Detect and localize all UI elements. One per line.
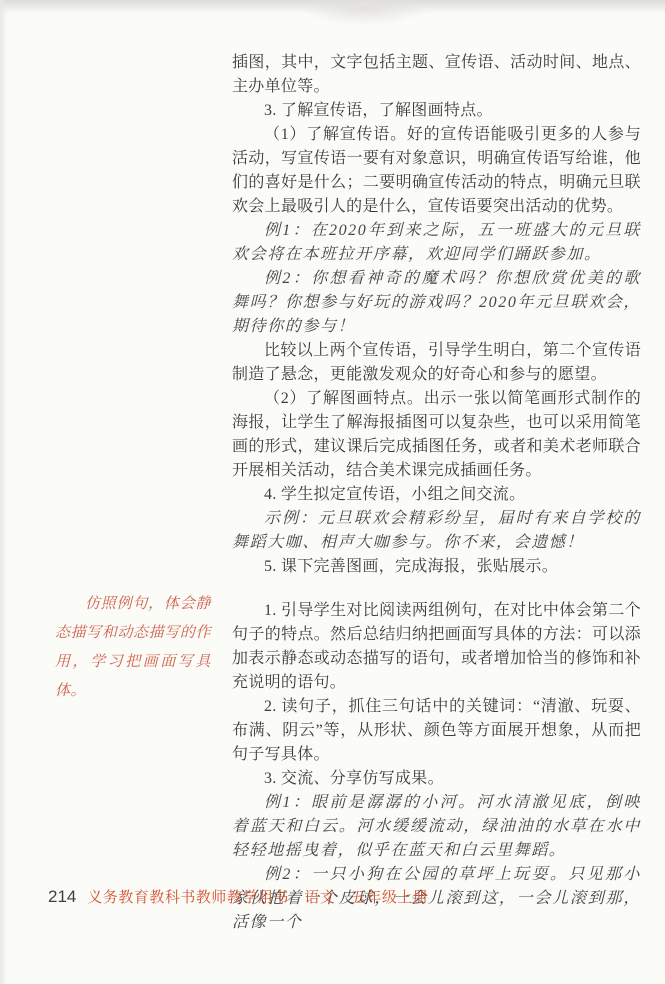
- page-number: 214: [48, 887, 76, 907]
- scan-smudge-artifact: [300, 0, 430, 26]
- body-paragraph: 比较以上两个宣传语，引导学生明白，第二个宣传语制造了悬念，更能激发观众的好奇心和…: [232, 339, 641, 387]
- body-paragraph: 1. 引导学生对比阅读两组例句，在对比中体会第二个句子的特点。然后总结归纳把画面…: [232, 599, 641, 695]
- example-paragraph: 示例：元旦联欢会精彩纷呈，届时有来自学校的舞蹈大咖、相声大咖参与。你不来，会遗憾…: [232, 507, 641, 555]
- margin-note: 仿照例句，体会静态描写和动态描写的作用，学习把画面写具体。: [55, 590, 211, 706]
- scan-shadow-left: [0, 0, 7, 984]
- main-text-column: 插图，其中，文字包括主题、宣传语、活动时间、地点、主办单位等。 3. 了解宣传语…: [232, 51, 641, 935]
- scanned-book-page: { "main": { "paragraphs": [ { "style": "…: [0, 0, 665, 984]
- page-footer: 214 义务教育教科书教师教学用书 语文 五年级上册: [48, 886, 428, 907]
- example-paragraph: 例1：在2020年到来之际，五一班盛大的元旦联欢会将在本班拉开序幕，欢迎同学们踊…: [232, 219, 641, 267]
- body-paragraph: 4. 学生拟定宣传语，小组之间交流。: [232, 483, 641, 507]
- body-paragraph: （2）了解图画特点。出示一张以简笔画形式制作的海报，让学生了解海报插图可以复杂些…: [232, 387, 641, 483]
- body-paragraph: 5. 课下完善图画，完成海报，张贴展示。: [232, 555, 641, 579]
- example-paragraph: 例2：你想看神奇的魔术吗？你想欣赏优美的歌舞吗？你想参与好玩的游戏吗？2020年…: [232, 267, 641, 339]
- body-paragraph: 2. 读句子，抓住三句话中的关键词：“清澈、玩耍、布满、阴云”等，从形状、颜色等…: [232, 695, 641, 767]
- body-paragraph: 3. 了解宣传语，了解图画特点。: [232, 99, 641, 123]
- scan-shadow-top: [0, 0, 665, 14]
- footer-book-title: 义务教育教科书教师教学用书 语文 五年级上册: [87, 886, 428, 907]
- body-paragraph: 插图，其中，文字包括主题、宣传语、活动时间、地点、主办单位等。: [232, 51, 641, 99]
- example-paragraph: 例1：眼前是潺潺的小河。河水清澈见底，倒映着蓝天和白云。河水缓缓流动，绿油油的水…: [232, 791, 641, 863]
- body-paragraph: 3. 交流、分享仿写成果。: [232, 767, 641, 791]
- body-paragraph: （1）了解宣传语。好的宣传语能吸引更多的人参与活动，写宣传语一要有对象意识，明确…: [232, 123, 641, 219]
